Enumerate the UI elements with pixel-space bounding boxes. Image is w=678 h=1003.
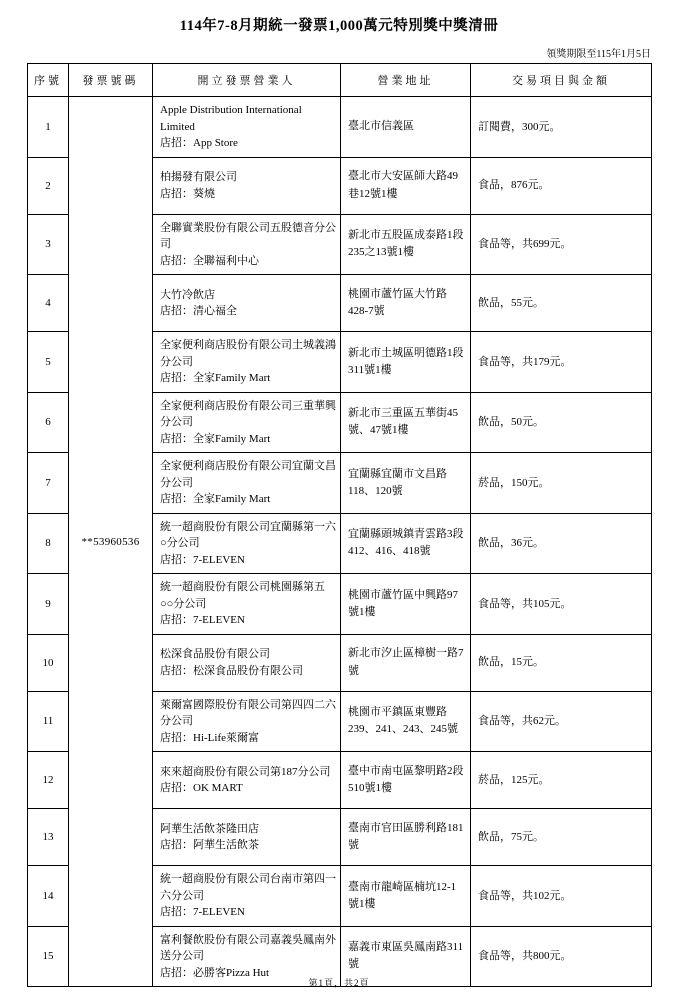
cell-serial-number: 14 [28, 866, 69, 927]
cell-serial-number: 5 [28, 332, 69, 393]
cell-seller: 阿華生活飲茶隆田店 店招：阿華生活飲茶 [153, 809, 341, 866]
cell-business-address: 臺南市官田區勝利路181號 [341, 809, 471, 866]
header-seller-name: 開立發票營業人 [153, 64, 341, 97]
claim-deadline-note: 領獎期限至115年1月5日 [27, 45, 651, 60]
cell-transaction-amount: 菸品，150元。 [471, 453, 652, 514]
cell-seller: 來來超商股份有限公司第187分公司 店招：OK MART [153, 752, 341, 809]
cell-seller: 全家便利商店股份有限公司宜蘭文昌分公司 店招：全家Family Mart [153, 453, 341, 514]
seller-name: 富利餐飲股份有限公司嘉義吳鳳南外送分公司 [160, 932, 336, 965]
seller-name: 全聯實業股份有限公司五股德音分公司 [160, 220, 336, 253]
seller-name: 松深食品股份有限公司 [160, 646, 336, 663]
store-sign: 店招：OK MART [160, 780, 336, 797]
cell-seller: 大竹冷飲店 店招：清心福全 [153, 275, 341, 332]
seller-name: 統一超商股份有限公司宜蘭縣第一六○分公司 [160, 519, 336, 552]
cell-business-address: 新北市土城區明德路1段311號1樓 [341, 332, 471, 393]
cell-serial-number: 4 [28, 275, 69, 332]
seller-name: 柏揚發有限公司 [160, 169, 336, 186]
cell-serial-number: 10 [28, 634, 69, 691]
cell-transaction-amount: 食品等，共102元。 [471, 866, 652, 927]
cell-business-address: 桃園市蘆竹區中興路97號1樓 [341, 574, 471, 635]
cell-transaction-amount: 食品等，共699元。 [471, 214, 652, 275]
cell-transaction-amount: 飲品，55元。 [471, 275, 652, 332]
cell-transaction-amount: 飲品，50元。 [471, 392, 652, 453]
seller-name: 來來超商股份有限公司第187分公司 [160, 764, 336, 781]
seller-name: 統一超商股份有限公司桃園縣第五○○分公司 [160, 579, 336, 612]
cell-business-address: 桃園市蘆竹區大竹路428-7號 [341, 275, 471, 332]
invoice-number-cell: **53960536 [69, 97, 153, 987]
cell-business-address: 宜蘭縣頭城鎮青雲路3段412、416、418號 [341, 513, 471, 574]
seller-name: Apple Distribution International Limited [160, 102, 336, 135]
store-sign: 店招：全家Family Mart [160, 431, 336, 448]
page-number-footer: 第1頁，共2頁 [0, 976, 678, 989]
cell-seller: 松深食品股份有限公司 店招：松深食品股份有限公司 [153, 634, 341, 691]
store-sign: 店招：清心福全 [160, 303, 336, 320]
cell-seller: Apple Distribution International Limited… [153, 97, 341, 158]
cell-business-address: 臺中市南屯區黎明路2段510號1樓 [341, 752, 471, 809]
cell-serial-number: 9 [28, 574, 69, 635]
table-body: 1 **53960536 Apple Distribution Internat… [28, 97, 652, 987]
store-sign: 店招：阿華生活飲茶 [160, 837, 336, 854]
cell-seller: 統一超商股份有限公司桃園縣第五○○分公司 店招：7-ELEVEN [153, 574, 341, 635]
cell-serial-number: 12 [28, 752, 69, 809]
table-row: 1 **53960536 Apple Distribution Internat… [28, 97, 652, 158]
cell-serial-number: 8 [28, 513, 69, 574]
seller-name: 阿華生活飲茶隆田店 [160, 821, 336, 838]
header-invoice-number: 發票號碼 [69, 64, 153, 97]
cell-seller: 萊爾富國際股份有限公司第四四二六分公司 店招：Hi-Life萊爾富 [153, 691, 341, 752]
store-sign: 店招：全家Family Mart [160, 491, 336, 508]
seller-name: 萊爾富國際股份有限公司第四四二六分公司 [160, 697, 336, 730]
cell-business-address: 臺北市信義區 [341, 97, 471, 158]
store-sign: 店招：7-ELEVEN [160, 612, 336, 629]
page-title: 114年7-8月期統一發票1,000萬元特別獎中獎清冊 [27, 14, 651, 35]
store-sign: 店招：7-ELEVEN [160, 904, 336, 921]
cell-seller: 統一超商股份有限公司台南市第四一六分公司 店招：7-ELEVEN [153, 866, 341, 927]
header-transaction-amount: 交易項目與金額 [471, 64, 652, 97]
cell-transaction-amount: 食品等，共62元。 [471, 691, 652, 752]
seller-name: 全家便利商店股份有限公司土城義鴻分公司 [160, 337, 336, 370]
cell-transaction-amount: 飲品，15元。 [471, 634, 652, 691]
cell-serial-number: 11 [28, 691, 69, 752]
cell-business-address: 臺南市龍崎區楠坑12-1號1樓 [341, 866, 471, 927]
header-business-address: 營業地址 [341, 64, 471, 97]
cell-seller: 全聯實業股份有限公司五股德音分公司 店招：全聯福利中心 [153, 214, 341, 275]
cell-seller: 統一超商股份有限公司宜蘭縣第一六○分公司 店招：7-ELEVEN [153, 513, 341, 574]
seller-name: 全家便利商店股份有限公司宜蘭文昌分公司 [160, 458, 336, 491]
cell-business-address: 臺北市大安區師大路49巷12號1樓 [341, 157, 471, 214]
cell-seller: 全家便利商店股份有限公司土城義鴻分公司 店招：全家Family Mart [153, 332, 341, 393]
store-sign: 店招：7-ELEVEN [160, 552, 336, 569]
seller-name: 統一超商股份有限公司台南市第四一六分公司 [160, 871, 336, 904]
store-sign: 店招：全家Family Mart [160, 370, 336, 387]
store-sign: 店招：Hi-Life萊爾富 [160, 730, 336, 747]
cell-transaction-amount: 食品，876元。 [471, 157, 652, 214]
cell-transaction-amount: 訂閱費，300元。 [471, 97, 652, 158]
cell-business-address: 桃園市平鎮區東豐路239、241、243、245號 [341, 691, 471, 752]
cell-serial-number: 6 [28, 392, 69, 453]
header-serial-number: 序號 [28, 64, 69, 97]
cell-transaction-amount: 菸品，125元。 [471, 752, 652, 809]
cell-transaction-amount: 食品等，共105元。 [471, 574, 652, 635]
table-header: 序號 發票號碼 開立發票營業人 營業地址 交易項目與金額 [28, 64, 652, 97]
store-sign: 店招：葵燒 [160, 186, 336, 203]
cell-business-address: 新北市三重區五華街45號、47號1樓 [341, 392, 471, 453]
cell-serial-number: 1 [28, 97, 69, 158]
cell-transaction-amount: 飲品，36元。 [471, 513, 652, 574]
cell-transaction-amount: 食品等，共179元。 [471, 332, 652, 393]
cell-seller: 全家便利商店股份有限公司三重華興分公司 店招：全家Family Mart [153, 392, 341, 453]
store-sign: 店招：全聯福利中心 [160, 253, 336, 270]
store-sign: 店招：松深食品股份有限公司 [160, 663, 336, 680]
seller-name: 全家便利商店股份有限公司三重華興分公司 [160, 398, 336, 431]
header-row: 序號 發票號碼 開立發票營業人 營業地址 交易項目與金額 [28, 64, 652, 97]
cell-serial-number: 7 [28, 453, 69, 514]
cell-business-address: 新北市五股區成泰路1段235之13號1樓 [341, 214, 471, 275]
cell-business-address: 新北市汐止區樟樹一路7號 [341, 634, 471, 691]
cell-serial-number: 13 [28, 809, 69, 866]
cell-business-address: 宜蘭縣宜蘭市文昌路118、120號 [341, 453, 471, 514]
cell-seller: 柏揚發有限公司 店招：葵燒 [153, 157, 341, 214]
store-sign: 店招：App Store [160, 135, 336, 152]
cell-serial-number: 2 [28, 157, 69, 214]
cell-transaction-amount: 飲品，75元。 [471, 809, 652, 866]
document-page: 114年7-8月期統一發票1,000萬元特別獎中獎清冊 領獎期限至115年1月5… [0, 0, 678, 987]
cell-serial-number: 3 [28, 214, 69, 275]
seller-name: 大竹冷飲店 [160, 287, 336, 304]
winner-list-table: 序號 發票號碼 開立發票營業人 營業地址 交易項目與金額 1 **5396053… [27, 63, 652, 987]
